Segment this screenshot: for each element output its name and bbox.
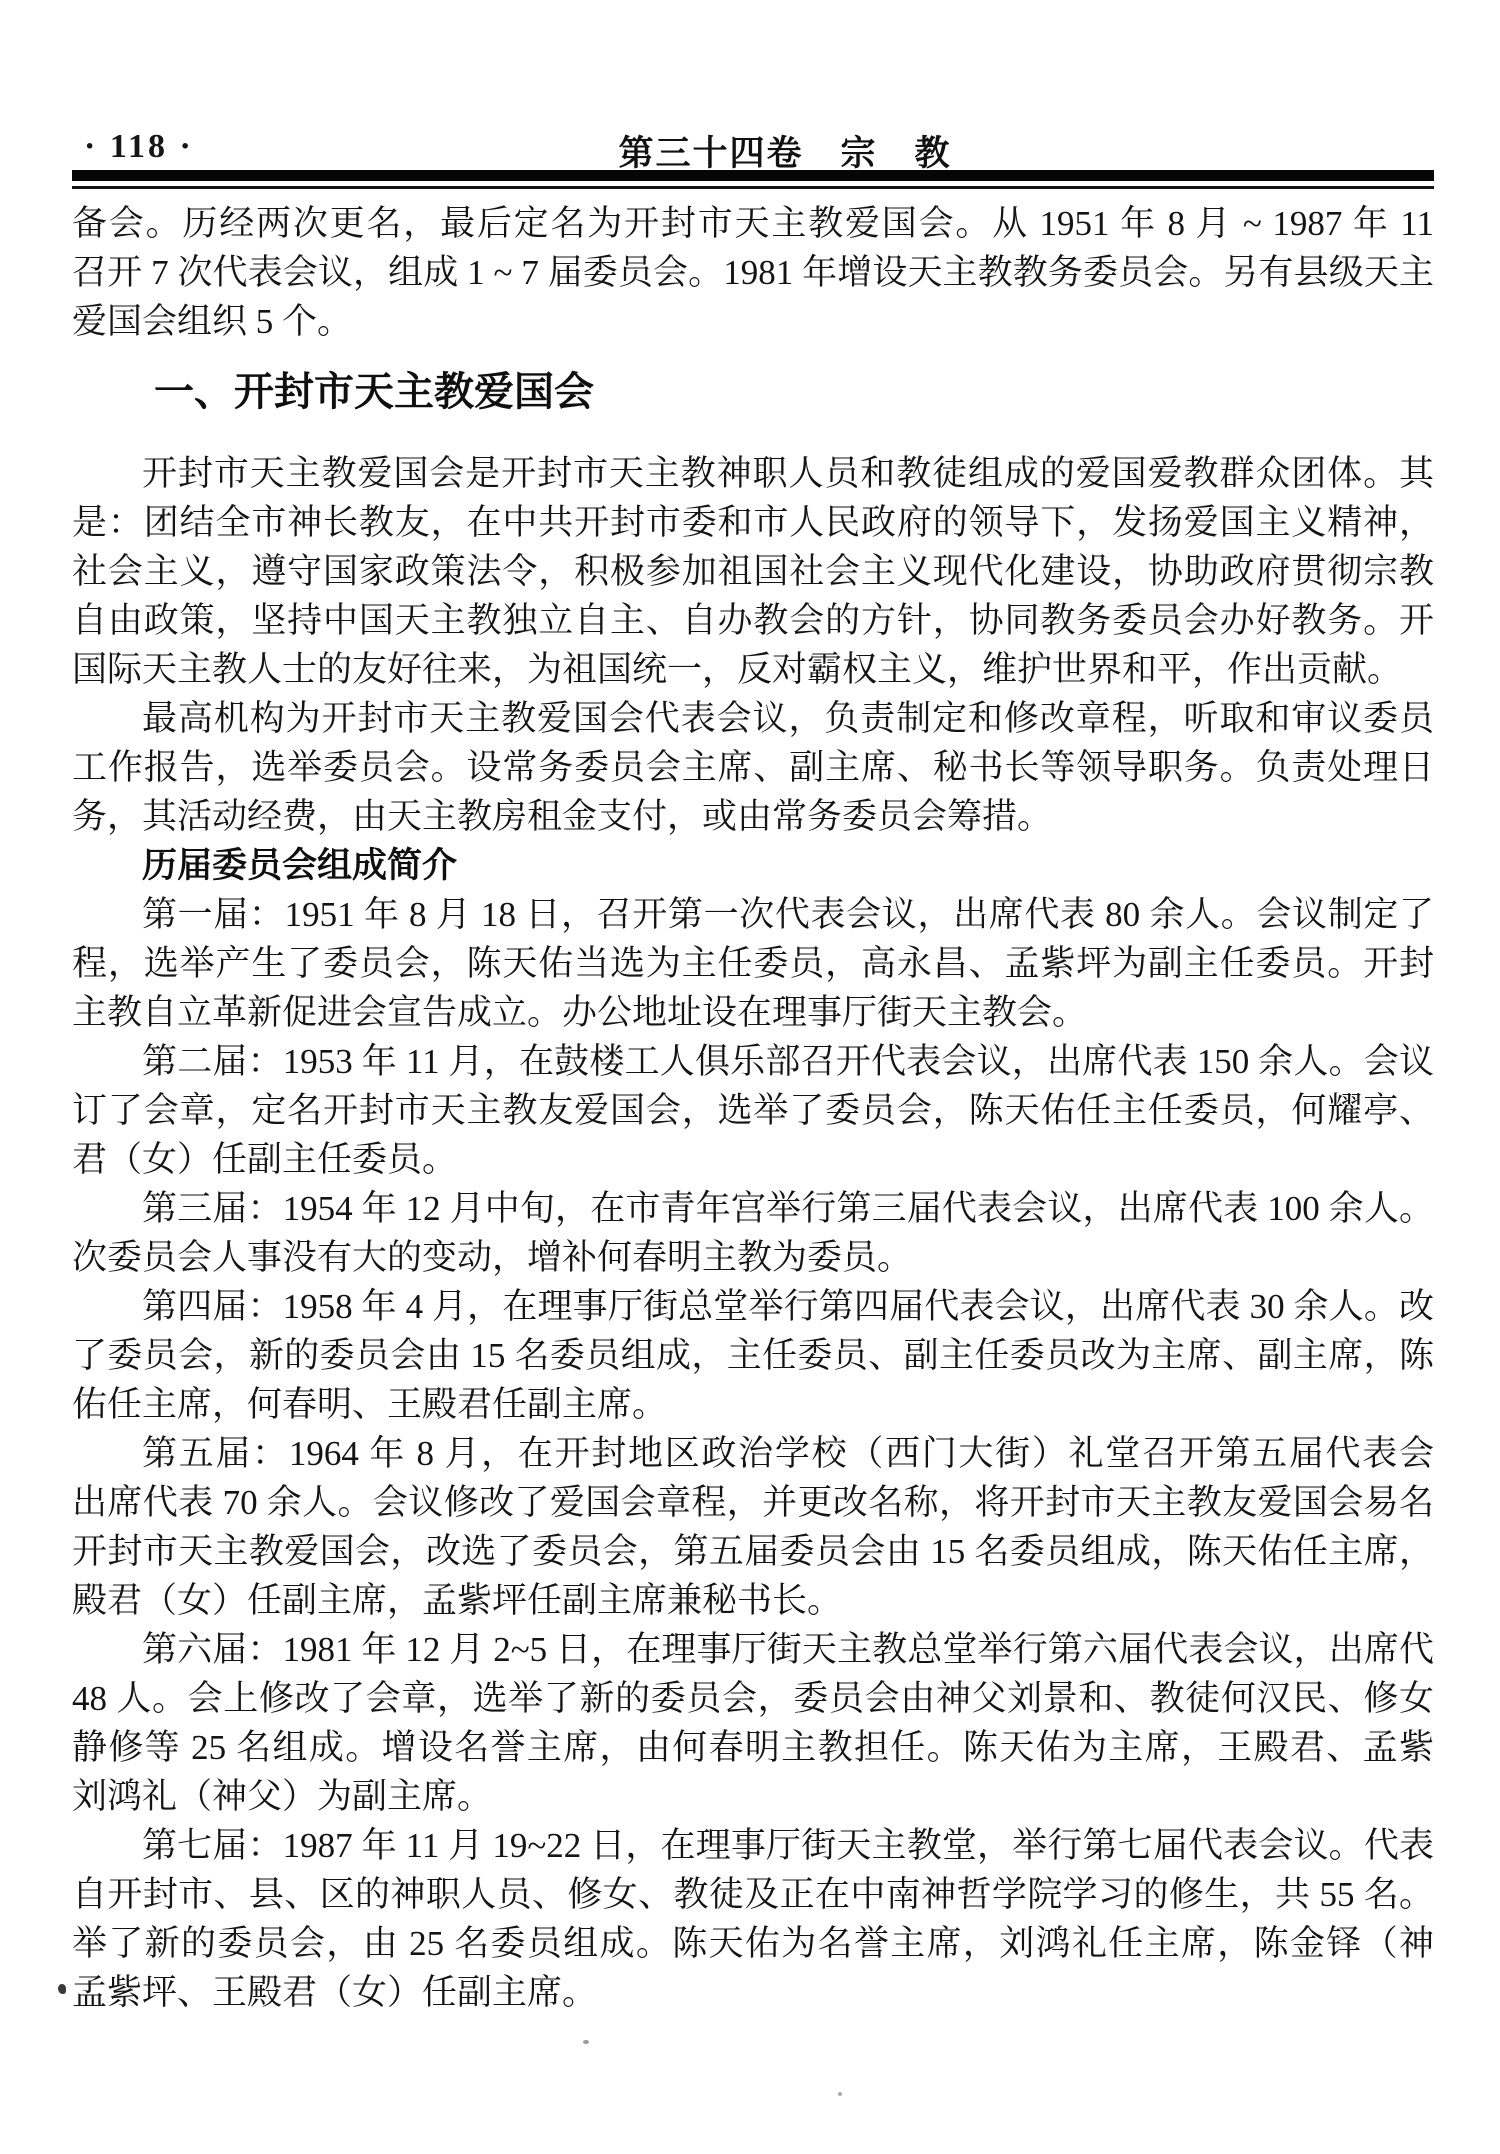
text-line: 开封市天主教爱国会，改选了委员会，第五届委员会由 15 名委员组成，陈天佑任主席… [72, 1527, 1434, 1576]
scan-speck [838, 2092, 842, 2096]
header-rule-thin [72, 186, 1434, 189]
text-line: 主教自立革新促进会宣告成立。办公地址设在理事厅街天主教会。 [72, 988, 1434, 1037]
text-line: 第一届：1951 年 8 月 18 日，召开第一次代表会议，出席代表 80 余人… [72, 890, 1434, 939]
text-line: 佑任主席，何春明、王殿君任副主席。 [72, 1380, 1434, 1429]
scan-speck [583, 2040, 589, 2044]
text-line: 静修等 25 名组成。增设名誉主席，由何春明主教担任。陈天佑为主席，王殿君、孟紫… [72, 1723, 1434, 1772]
text-line: 君（女）任副主任委员。 [72, 1135, 1434, 1184]
text-line: 召开 7 次代表会议，组成 1 ~ 7 届委员会。1981 年增设天主教教务委员… [72, 248, 1434, 297]
section-heading: 一、开封市天主教爱国会 [72, 367, 1434, 417]
text-line: 务，其活动经费，由天主教房租金支付，或由常务委员会筹措。 [72, 792, 1434, 841]
text-line: 订了会章，定名开封市天主教友爱国会，选举了委员会，陈天佑任主任委员，何耀亭、王殿 [72, 1086, 1434, 1135]
text-line: 第七届：1987 年 11 月 19~22 日，在理事厅街天主教堂，举行第七届代… [72, 1821, 1434, 1870]
header-rule-thick [72, 170, 1434, 181]
scan-speck [58, 1984, 66, 1994]
text-line: 48 人。会上修改了会章，选举了新的委员会，委员会由神父刘景和、教徒何汉民、修女… [72, 1674, 1434, 1723]
scanned-book-page: · 118 · 第三十四卷 宗 教 备会。历经两次更名，最后定名为开封市天主教爱… [0, 0, 1500, 2154]
text-line: 殿君（女）任副主席，孟紫坪任副主席兼秘书长。 [72, 1576, 1434, 1625]
text-line: 孟紫坪、王殿君（女）任副主席。 [72, 1968, 1434, 2017]
text-line: 最高机构为开封市天主教爱国会代表会议，负责制定和修改章程，听取和审议委员会的 [72, 694, 1434, 743]
text-line: 第四届：1958 年 4 月，在理事厅街总堂举行第四届代表会议，出席代表 30 … [72, 1282, 1434, 1331]
text-line: 开封市天主教爱国会是开封市天主教神职人员和教徒组成的爱国爱教群众团体。其宗旨 [72, 449, 1434, 498]
text-line: 爱国会组织 5 个。 [72, 297, 1434, 346]
text-line: 第二届：1953 年 11 月，在鼓楼工人俱乐部召开代表会议，出席代表 150 … [72, 1037, 1434, 1086]
text-line: 国际天主教人士的友好往来，为祖国统一，反对霸权主义，维护世界和平，作出贡献。 [72, 645, 1434, 694]
text-line: 备会。历经两次更名，最后定名为开封市天主教爱国会。从 1951 年 8 月 ~ … [72, 199, 1434, 248]
text-line: 第六届：1981 年 12 月 2~5 日，在理事厅街天主教总堂举行第六届代表会… [72, 1625, 1434, 1674]
text-line: 次委员会人事没有大的变动，增补何春明主教为委员。 [72, 1233, 1434, 1282]
volume-chapter-title: 第三十四卷 宗 教 [72, 126, 1434, 176]
text-line: 第五届：1964 年 8 月，在开封地区政治学校（西门大街）礼堂召开第五届代表会… [72, 1429, 1434, 1478]
running-head: · 118 · 第三十四卷 宗 教 [72, 126, 1434, 172]
text-line: 举了新的委员会，由 25 名委员组成。陈天佑为名誉主席，刘鸿礼任主席，陈金铎（神… [72, 1919, 1434, 1968]
text-line: 第三届：1954 年 12 月中旬，在市青年宫举行第三届代表会议，出席代表 10… [72, 1184, 1434, 1233]
text-line: 自开封市、县、区的神职人员、修女、教徒及正在中南神哲学院学习的修生，共 55 名… [72, 1870, 1434, 1919]
subsection-heading: 历届委员会组成简介 [72, 841, 1434, 890]
text-line: 社会主义，遵守国家政策法令，积极参加祖国社会主义现代化建设，协助政府贯彻宗教信仰 [72, 547, 1434, 596]
body-text: 备会。历经两次更名，最后定名为开封市天主教爱国会。从 1951 年 8 月 ~ … [72, 199, 1434, 2017]
text-line: 出席代表 70 余人。会议修改了爱国会章程，并更改名称，将开封市天主教友爱国会易… [72, 1478, 1434, 1527]
text-line: 是：团结全市神长教友，在中共开封市委和市人民政府的领导下，发扬爱国主义精神，拥护 [72, 498, 1434, 547]
text-line: 程，选举产生了委员会，陈天佑当选为主任委员，高永昌、孟紫坪为副主任委员。开封市天 [72, 939, 1434, 988]
text-line: 刘鸿礼（神父）为副主席。 [72, 1772, 1434, 1821]
text-line: 了委员会，新的委员会由 15 名委员组成，主任委员、副主任委员改为主席、副主席，… [72, 1331, 1434, 1380]
text-line: 工作报告，选举委员会。设常务委员会主席、副主席、秘书长等领导职务。负责处理日常事 [72, 743, 1434, 792]
text-line: 自由政策，坚持中国天主教独立自主、自办教会的方针，协同教务委员会办好教务。开展与 [72, 596, 1434, 645]
